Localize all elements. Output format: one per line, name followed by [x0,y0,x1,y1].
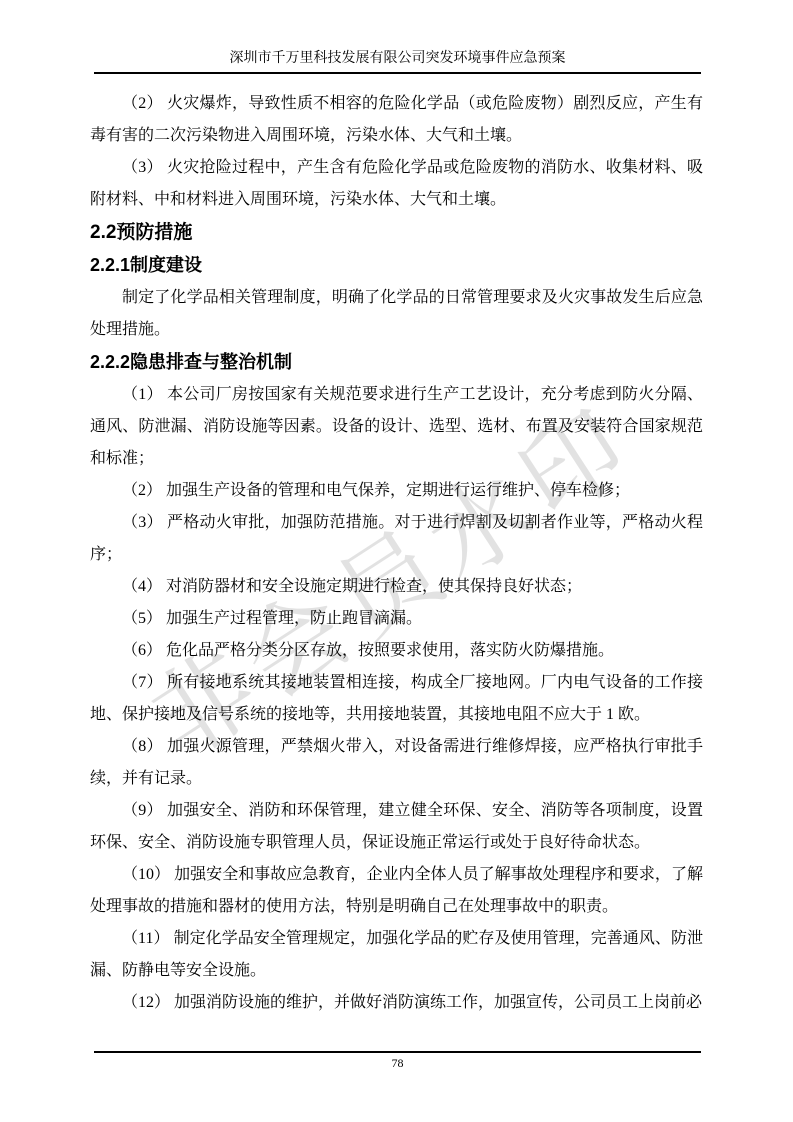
page-header: 深圳市千万里科技发展有限公司突发环境事件应急预案 [94,50,701,74]
document-page: 非会员水印 深圳市千万里科技发展有限公司突发环境事件应急预案 （2） 火灾爆炸，… [0,0,793,1122]
heading-system-construction: 2.2.1制度建设 [90,249,703,282]
list-item-8: （8） 加强火源管理，严禁烟火带入，对设备需进行维修焊接，应严格执行审批手续，并… [90,731,703,795]
list-item-6: （6） 危化品严格分类分区存放，按照要求使用，落实防火防爆措施。 [90,635,703,667]
list-item-9: （9） 加强安全、消防和环保管理，建立健全环保、安全、消防等各项制度，设置环保、… [90,795,703,859]
list-item-12: （12） 加强消防设施的维护，并做好消防演练工作，加强宣传，公司员工上岗前必 [90,987,703,1019]
list-item-1: （1） 本公司厂房按国家有关规范要求进行生产工艺设计，充分考虑到防火分隔、通风、… [90,379,703,475]
header-title: 深圳市千万里科技发展有限公司突发环境事件应急预案 [230,51,566,66]
paragraph-fire-rescue: （3） 火灾抢险过程中，产生含有危险化学品或危险废物的消防水、收集材料、吸附材料… [90,152,703,216]
paragraph-chemical-management: 制定了化学品相关管理制度，明确了化学品的日常管理要求及火灾事故发生后应急处理措施… [90,282,703,346]
list-item-5: （5） 加强生产过程管理，防止跑冒滴漏。 [90,603,703,635]
list-item-7: （7） 所有接地系统其接地装置相连接，构成全厂接地网。厂内电气设备的工作接地、保… [90,667,703,731]
page-number: 78 [392,1056,404,1070]
heading-hazard-inspection: 2.2.2隐患排查与整治机制 [90,346,703,379]
page-footer: 78 [94,1051,701,1071]
list-item-10: （10） 加强安全和事故应急教育，企业内全体人员了解事故处理程序和要求，了解处理… [90,859,703,923]
paragraph-fire-explosion: （2） 火灾爆炸，导致性质不相容的危险化学品（或危险废物）剧烈反应，产生有毒有害… [90,88,703,152]
list-item-11: （11） 制定化学品安全管理规定，加强化学品的贮存及使用管理，完善通风、防泄漏、… [90,923,703,987]
list-item-4: （4） 对消防器材和安全设施定期进行检查，使其保持良好状态； [90,571,703,603]
heading-prevention-measures: 2.2预防措施 [90,216,703,249]
list-item-2: （2） 加强生产设备的管理和电气保养，定期进行运行维护、停车检修； [90,475,703,507]
list-item-3: （3） 严格动火审批，加强防范措施。对于进行焊割及切割者作业等，严格动火程序； [90,507,703,571]
document-body: （2） 火灾爆炸，导致性质不相容的危险化学品（或危险废物）剧烈反应，产生有毒有害… [90,88,703,1019]
